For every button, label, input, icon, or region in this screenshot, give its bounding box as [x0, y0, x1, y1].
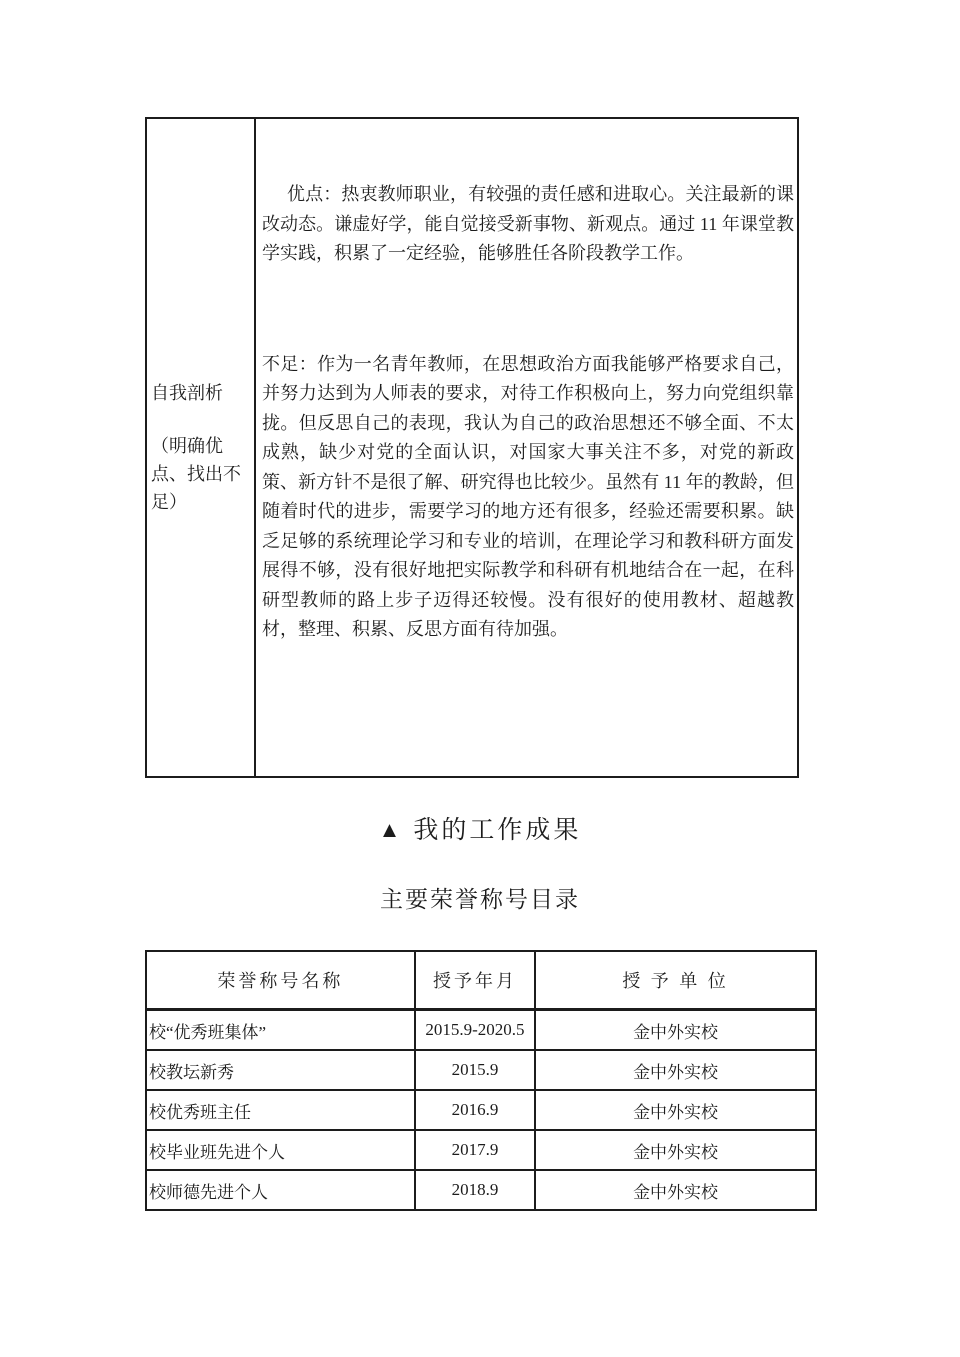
award-unit: 金中外实校 [535, 1130, 816, 1170]
award-date: 2015.9-2020.5 [415, 1010, 535, 1051]
self-analysis-content-cell: 优点：热衷教师职业，有较强的责任感和进取心。关注最新的课改动态。谦虚好学，能自觉… [255, 118, 798, 777]
header-award-unit: 授 予 单 位 [535, 951, 816, 1010]
award-unit: 金中外实校 [535, 1050, 816, 1090]
table-header-row: 荣誉称号名称 授予年月 授 予 单 位 [146, 951, 816, 1010]
header-award-date: 授予年月 [415, 951, 535, 1010]
honor-name: 校教坛新秀 [146, 1050, 415, 1090]
award-date: 2018.9 [415, 1170, 535, 1210]
self-analysis-table: 自我剖析 （明确优点、找出不足） 优点：热衷教师职业，有较强的责任感和进取心。关… [145, 117, 799, 778]
table-row: 自我剖析 （明确优点、找出不足） 优点：热衷教师职业，有较强的责任感和进取心。关… [146, 118, 798, 777]
honor-name: 校师德先进个人 [146, 1170, 415, 1210]
triangle-icon: ▲ [379, 817, 401, 842]
weaknesses-paragraph: 不足：作为一名青年教师，在思想政治方面我能够严格要求自己，并努力达到为人师表的要… [262, 350, 794, 645]
self-analysis-label-title: 自我剖析 [151, 379, 252, 407]
table-row: 校毕业班先进个人 2017.9 金中外实校 [146, 1130, 816, 1170]
table-row: 校师德先进个人 2018.9 金中外实校 [146, 1170, 816, 1210]
section-title-text: 我的工作成果 [413, 817, 581, 844]
award-date: 2017.9 [415, 1130, 535, 1170]
table-row: 校优秀班主任 2016.9 金中外实校 [146, 1090, 816, 1130]
strengths-paragraph: 优点：热衷教师职业，有较强的责任感和进取心。关注最新的课改动态。谦虚好学，能自觉… [262, 180, 794, 269]
honor-name: 校优秀班主任 [146, 1090, 415, 1130]
table-row: 校教坛新秀 2015.9 金中外实校 [146, 1050, 816, 1090]
document-page: 自我剖析 （明确优点、找出不足） 优点：热衷教师职业，有较强的责任感和进取心。关… [0, 0, 960, 1357]
self-analysis-label-cell: 自我剖析 （明确优点、找出不足） [146, 118, 255, 777]
honors-table: 荣誉称号名称 授予年月 授 予 单 位 校“优秀班集体” 2015.9-2020… [145, 950, 817, 1211]
award-date: 2016.9 [415, 1090, 535, 1130]
table-row: 校“优秀班集体” 2015.9-2020.5 金中外实校 [146, 1010, 816, 1051]
section-subtitle: 主要荣誉称号目录 [0, 881, 960, 914]
self-analysis-label-note: （明确优点、找出不足） [151, 432, 252, 516]
award-date: 2015.9 [415, 1050, 535, 1090]
section-title: ▲我的工作成果 [0, 810, 960, 846]
honor-name: 校“优秀班集体” [146, 1010, 415, 1051]
award-unit: 金中外实校 [535, 1170, 816, 1210]
award-unit: 金中外实校 [535, 1010, 816, 1051]
award-unit: 金中外实校 [535, 1090, 816, 1130]
honor-name: 校毕业班先进个人 [146, 1130, 415, 1170]
header-honor-name: 荣誉称号名称 [146, 951, 415, 1010]
